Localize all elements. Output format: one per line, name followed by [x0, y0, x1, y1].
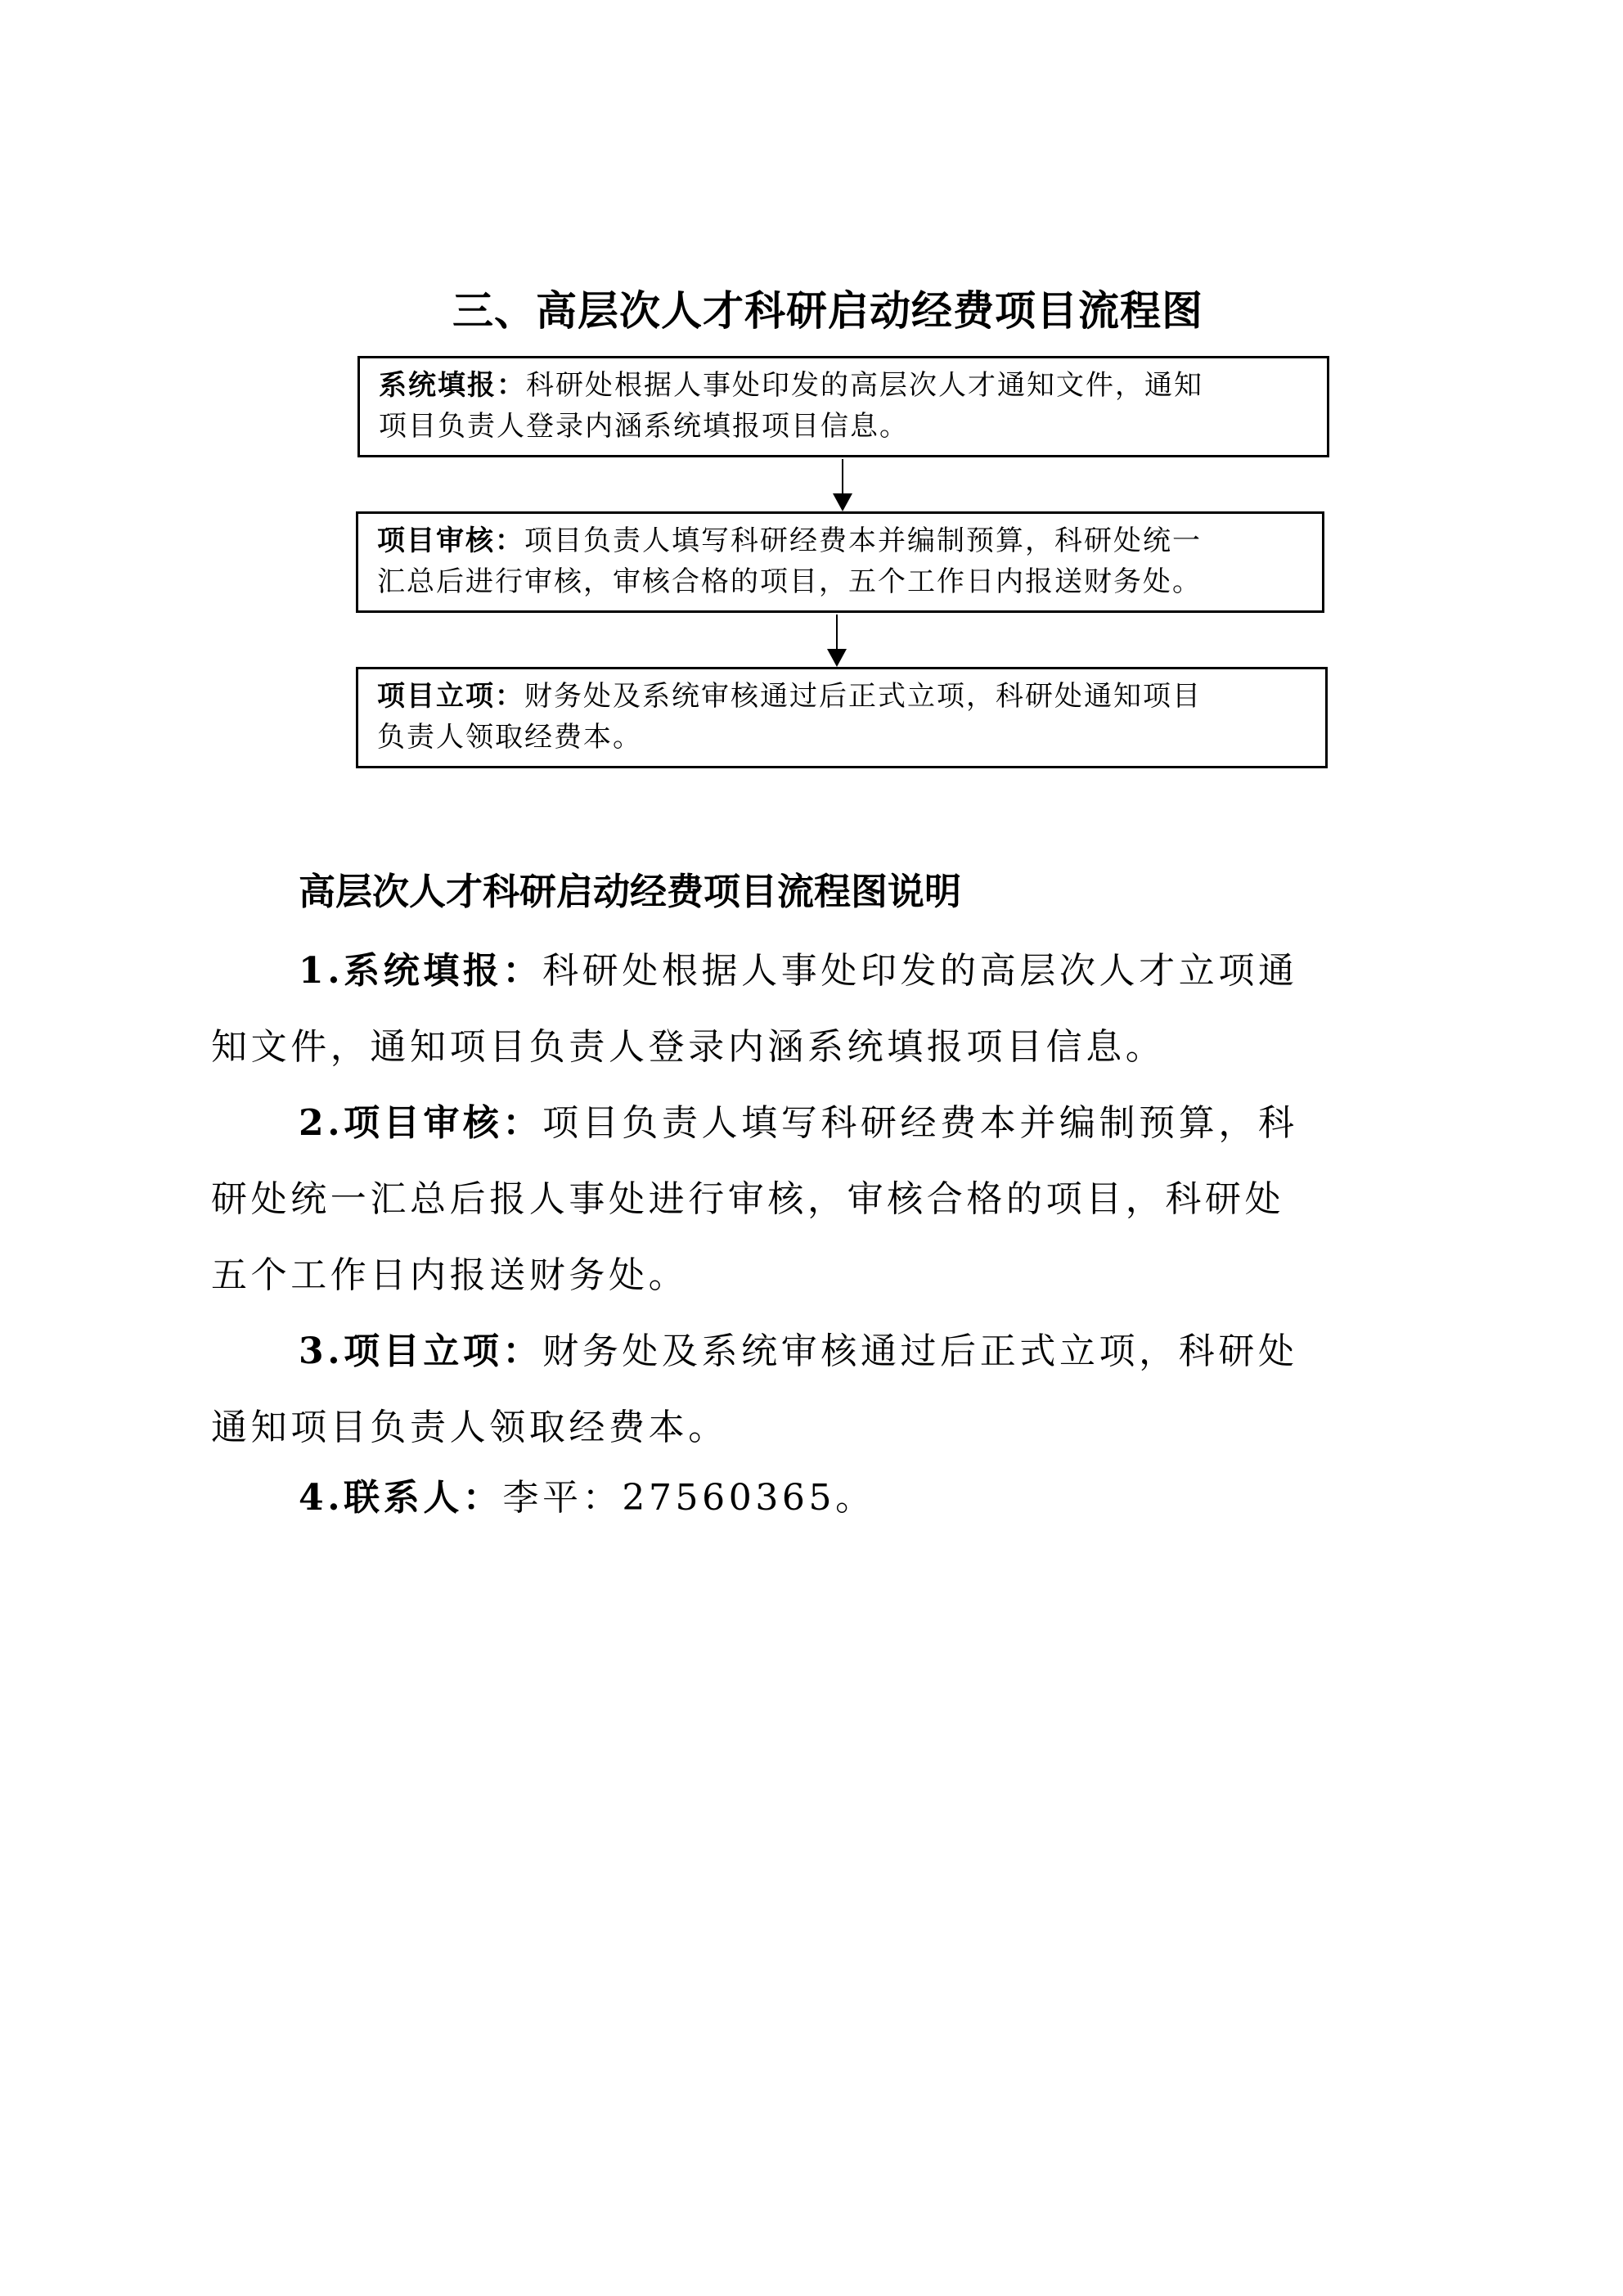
paragraph-line: 3.项目立项：财务处及系统审核通过后正式立项，科研处: [211, 1313, 1397, 1389]
item-label: 1.系统填报：: [299, 950, 542, 992]
description-title: 高层次人才科研启动经费项目流程图说明: [299, 863, 961, 921]
arrow-shaft: [842, 459, 843, 495]
item-text: 通知项目负责人领取经费本。: [211, 1389, 1397, 1465]
item-label: 2.项目审核：: [299, 1102, 542, 1144]
item-label: 3.项目立项：: [299, 1330, 542, 1372]
arrow-head: [833, 493, 852, 511]
flow-step-label: 项目立项：: [377, 680, 524, 713]
description-item-project-review: 2.项目审核：项目负责人填写科研经费本并编制预算，科 研处统一汇总后报人事处进行…: [211, 1085, 1397, 1313]
flow-step-line: 系统填报：科研处根据人事处印发的高层次人才通知文件，通知: [379, 365, 1327, 406]
paragraph-line: 2.项目审核：项目负责人填写科研经费本并编制预算，科: [211, 1085, 1397, 1161]
item-text: 财务处及系统审核通过后正式立项，科研处: [542, 1330, 1297, 1372]
arrow-down-icon: [827, 615, 847, 667]
arrow-head: [827, 649, 847, 667]
flow-step-text: 项目负责人填写科研经费本并编制预算，科研处统一: [524, 524, 1202, 557]
flow-step-line: 项目立项：财务处及系统审核通过后正式立项，科研处通知项目: [377, 676, 1325, 717]
description-item-project-approval: 3.项目立项：财务处及系统审核通过后正式立项，科研处 通知项目负责人领取经费本。: [211, 1313, 1397, 1465]
paragraph-line: 4.联系人：李平：27560365。: [211, 1460, 1397, 1536]
paragraph-line: 1.系统填报：科研处根据人事处印发的高层次人才立项通: [211, 933, 1397, 1009]
contact-text: 李平：27560365。: [503, 1477, 875, 1519]
description-item-system-fill: 1.系统填报：科研处根据人事处印发的高层次人才立项通 知文件，通知项目负责人登录…: [211, 933, 1397, 1085]
item-text: 知文件，通知项目负责人登录内涵系统填报项目信息。: [211, 1009, 1397, 1085]
item-text: 科研处根据人事处印发的高层次人才立项通: [542, 950, 1297, 992]
flow-step-text: 汇总后进行审核，审核合格的项目，五个工作日内报送财务处。: [377, 561, 1322, 602]
item-text: 五个工作日内报送财务处。: [211, 1237, 1397, 1313]
flow-step-text: 负责人领取经费本。: [377, 717, 1325, 758]
description-item-contact: 4.联系人：李平：27560365。: [211, 1460, 1397, 1536]
flow-step-line: 项目审核：项目负责人填写科研经费本并编制预算，科研处统一: [377, 520, 1322, 561]
item-label: 4.联系人：: [299, 1477, 503, 1519]
arrow-down-icon: [833, 459, 852, 511]
arrow-shaft: [836, 615, 838, 651]
flow-step-label: 项目审核：: [377, 524, 524, 557]
flow-step-text: 财务处及系统审核通过后正式立项，科研处通知项目: [524, 680, 1202, 713]
page-title: 三、高层次人才科研启动经费项目流程图: [0, 278, 1623, 344]
flow-step-text: 科研处根据人事处印发的高层次人才通知文件，通知: [526, 369, 1203, 402]
flow-step-project-review: 项目审核：项目负责人填写科研经费本并编制预算，科研处统一 汇总后进行审核，审核合…: [356, 511, 1324, 613]
flow-step-text: 项目负责人登录内涵系统填报项目信息。: [379, 406, 1327, 447]
flow-step-project-approval: 项目立项：财务处及系统审核通过后正式立项，科研处通知项目 负责人领取经费本。: [356, 667, 1328, 768]
item-text: 研处统一汇总后报人事处进行审核，审核合格的项目，科研处: [211, 1161, 1397, 1237]
flow-step-system-fill: 系统填报：科研处根据人事处印发的高层次人才通知文件，通知 项目负责人登录内涵系统…: [357, 356, 1329, 457]
item-text: 项目负责人填写科研经费本并编制预算，科: [542, 1102, 1297, 1144]
flow-step-label: 系统填报：: [379, 369, 526, 402]
